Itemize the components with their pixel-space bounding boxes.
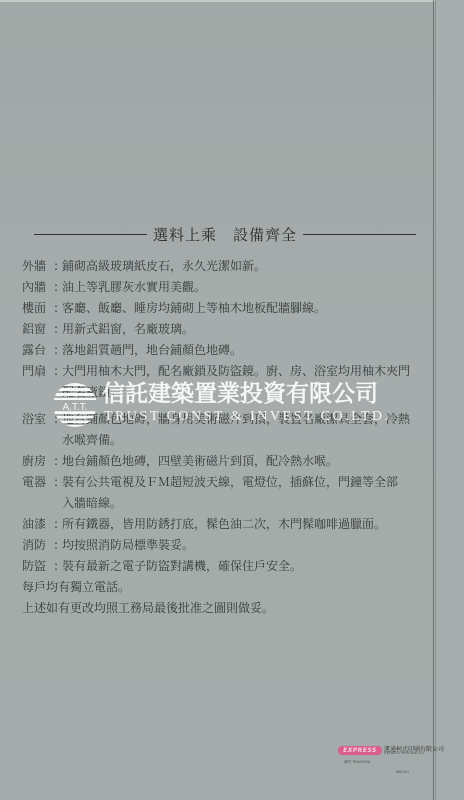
- spec-fire-safety: 消防: 均按照消防局標準裝妥。: [22, 535, 422, 556]
- spec-windows: 鋁窗: 用新式鋁窗，名廠玻璃。: [22, 319, 422, 340]
- spec-interior-wall: 內牆: 油上等乳膠灰水實用美觀。: [22, 277, 422, 298]
- spec-text: 落地鋁質趟門，地台鋪顏色地磚。: [62, 340, 422, 361]
- colon: :: [54, 298, 62, 319]
- spec-text: 裝有最新之電子防盜對講機，確保住戶安全。: [62, 556, 422, 577]
- spec-label: 廚房: [22, 451, 54, 472]
- heading-rule-right: [303, 234, 416, 235]
- note-text: 上述如有更改均照工務局最後批准之圖則做妥。: [22, 598, 422, 619]
- colon: :: [54, 451, 62, 472]
- spec-label: 消防: [22, 535, 54, 556]
- spec-text: 裝有公共電視及ＦＭ超短波天線，電燈位，插蘇位，門鐘等全部: [62, 472, 422, 493]
- colon: :: [54, 535, 62, 556]
- spec-electrical: 電器: 裝有公共電視及ＦＭ超短波天線，電燈位，插蘇位，門鐘等全部: [22, 472, 422, 493]
- colon: :: [54, 472, 62, 493]
- colon: :: [54, 319, 62, 340]
- company-name-chinese: 信託建築置業投資有限公司: [102, 375, 378, 408]
- brochure-page: 選料上乘 設備齊全 外牆: 鋪砌高級玻璃紙皮石，永久光潔如新。 內牆: 油上等乳…: [0, 0, 464, 800]
- spec-text: 所有鐵器，皆用防銹打底，髹色油二次，木門髹咖啡過臘面。: [62, 514, 422, 535]
- printer-logo: EXPRESS: [338, 746, 382, 755]
- spec-text: 油上等乳膠灰水實用美觀。: [62, 277, 422, 298]
- spec-label: 電器: [22, 472, 54, 493]
- spec-balcony: 露台: 落地鋁質趟門，地台鋪顏色地磚。: [22, 340, 422, 361]
- spec-label: 鋁窗: [22, 319, 54, 340]
- printer-credit: EXPRESS 運通柯式印刷有限公司 EXPRESS PRINTING CO. …: [338, 744, 434, 784]
- colon: :: [54, 340, 62, 361]
- spec-label: 防盜: [22, 556, 54, 577]
- colon: :: [54, 277, 62, 298]
- spec-label: 露台: [22, 340, 54, 361]
- spec-text: 入牆暗線。: [62, 493, 422, 514]
- printer-name-english: EXPRESS PRINTING CO.: [384, 751, 425, 755]
- company-logo-watermark: A.T.T. 信託建築置業投資有限公司 TRUST CONST & INVEST…: [50, 375, 430, 437]
- note-text: 每戶均有獨立電話。: [22, 577, 422, 598]
- spec-security: 防盜: 裝有最新之電子防盜對講機，確保住戶安全。: [22, 556, 422, 577]
- fold-line: [433, 0, 434, 800]
- spec-paint: 油漆: 所有鐵器，皆用防銹打底，髹色油二次，木門髹咖啡過臘面。: [22, 514, 422, 535]
- fold-line-shadow: [435, 0, 436, 800]
- printer-address: 澳門 TRAVESSA: [344, 760, 370, 765]
- spec-electrical-continuation: 入牆暗線。: [22, 493, 422, 514]
- colon: :: [54, 256, 62, 277]
- spec-floor: 樓面: 客廳、飯廳、睡房均鋪砌上等柚木地板配牆腳線。: [22, 298, 422, 319]
- spec-kitchen: 廚房: 地台鋪顏色地磚，四壁美術磁片到頂，配冷熱水喉。: [22, 451, 422, 472]
- spec-label: 內牆: [22, 277, 54, 298]
- page-top-edge: [0, 0, 464, 2]
- specification-list: 外牆: 鋪砌高級玻璃紙皮石，永久光潔如新。 內牆: 油上等乳膠灰水實用美觀。 樓…: [22, 256, 422, 619]
- colon: :: [54, 514, 62, 535]
- company-name-english: TRUST CONST & INVEST CO.LTD.: [104, 409, 391, 425]
- note-approval: 上述如有更改均照工務局最後批准之圖則做妥。: [22, 598, 422, 619]
- spec-text: 地台鋪顏色地磚，四壁美術磁片到頂，配冷熱水喉。: [62, 451, 422, 472]
- heading-rule-left: [34, 234, 147, 235]
- spec-text: 鋪砌高級玻璃紙皮石，永久光潔如新。: [62, 256, 422, 277]
- right-flap: [436, 0, 464, 800]
- section-heading: 選料上乘 設備齊全: [34, 222, 416, 246]
- spec-label: 樓面: [22, 298, 54, 319]
- spec-label: 外牆: [22, 256, 54, 277]
- spec-text: 均按照消防局標準裝妥。: [62, 535, 422, 556]
- heading-title: 選料上乘 設備齊全: [147, 224, 303, 245]
- att-globe-icon: A.T.T.: [52, 375, 98, 435]
- printer-location: MACAU: [396, 770, 409, 774]
- spec-label: 油漆: [22, 514, 54, 535]
- spec-exterior-wall: 外牆: 鋪砌高級玻璃紙皮石，永久光潔如新。: [22, 256, 422, 277]
- spec-text: 用新式鋁窗，名廠玻璃。: [62, 319, 422, 340]
- spec-text: 客廳、飯廳、睡房均鋪砌上等柚木地板配牆腳線。: [62, 298, 422, 319]
- colon: :: [54, 556, 62, 577]
- note-telephone: 每戶均有獨立電話。: [22, 577, 422, 598]
